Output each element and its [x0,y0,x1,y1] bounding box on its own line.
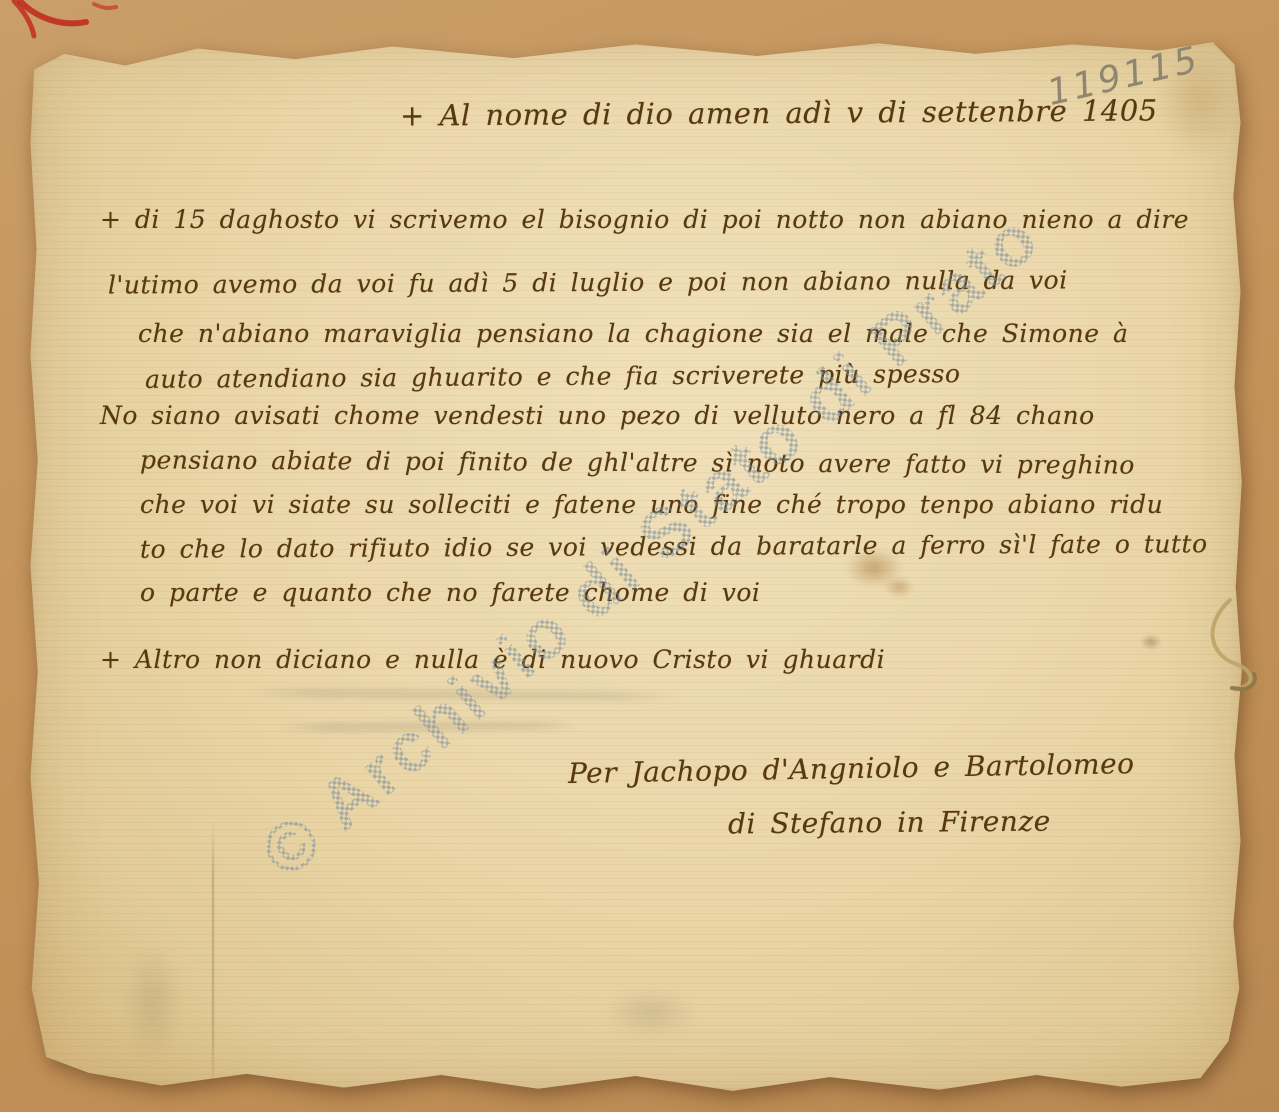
letter-body-line: auto atendiano sia ghuarito e che fia sc… [145,359,961,394]
letter-body-line: + di 15 daghosto vi scrivemo el bisognio… [100,205,1189,234]
ink-stain [884,576,914,598]
letter-body-line: pensiano abiate di poi finito de ghl'alt… [140,445,1135,479]
letter-body-line: che n'abiano maraviglia pensiano la chag… [138,319,1128,348]
paper-crease [212,820,214,1092]
letter-body-line: o parte e quanto che no farete chome di … [140,578,760,607]
verso-ink-showthrough [250,688,680,702]
scanned-letter-page: { "document": { "archive_number": "11911… [0,0,1279,1112]
letter-header-dateline: + Al nome di dio amen adì v di settenbre… [400,93,1158,132]
signature-line: di Stefano in Firenze [728,805,1051,841]
verso-ink-showthrough [280,721,580,733]
letter-body-line: to che lo dato rifiuto idio se voi vedes… [140,529,1208,564]
paper-thread [1196,596,1276,716]
paper-surface: + Al nome di dio amen adì v di settenbre… [28,38,1243,1094]
red-ink-edge-marks [6,0,136,52]
letter-body-line: No siano avisati chome vendesti uno pezo… [100,401,1095,430]
letter-body-line: che voi vi siate su solleciti e fatene u… [140,490,1163,519]
smudge [603,988,698,1038]
signature-line: Per Jachopo d'Angniolo e Bartolomeo [568,747,1135,790]
smudge [123,943,183,1063]
letter-body-line: l'utimo avemo da voi fu adì 5 di luglio … [108,265,1068,299]
paper-sheet: + Al nome di dio amen adì v di settenbre… [28,38,1243,1094]
letter-closing-line: + Altro non diciano e nulla è di nuovo C… [100,645,885,674]
foxing-spot [1140,634,1162,650]
